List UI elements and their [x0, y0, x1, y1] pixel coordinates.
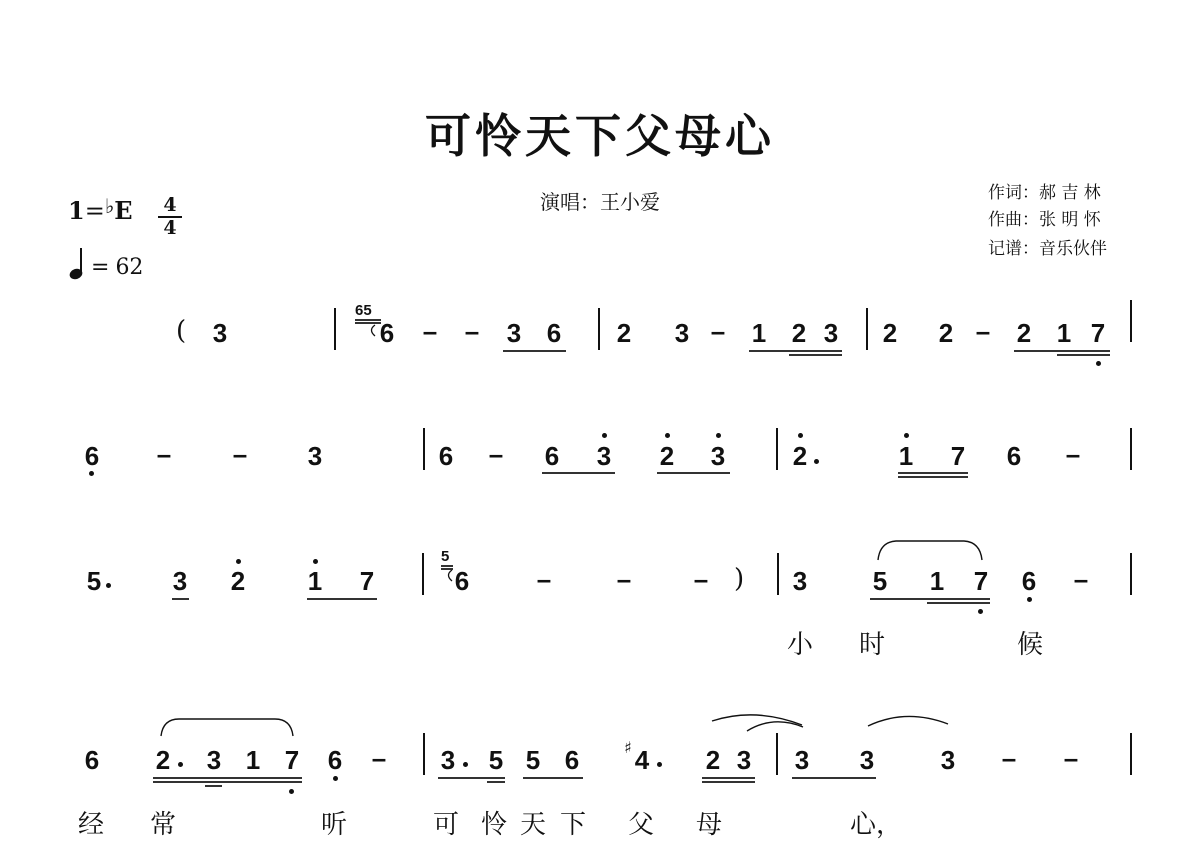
- barline: [598, 308, 600, 350]
- extend-dash: –: [707, 318, 729, 344]
- barline: [1130, 428, 1132, 470]
- barline: [777, 553, 779, 595]
- high-octave-dot: [904, 433, 909, 438]
- eighth-beam: [792, 777, 876, 779]
- eighth-beam: [702, 777, 755, 779]
- tempo-equals: =: [91, 255, 109, 280]
- note: 1: [242, 747, 264, 773]
- note: 1: [748, 320, 770, 346]
- barline: [334, 308, 336, 350]
- note: 1: [926, 568, 948, 594]
- thirtysecond-beam: [205, 785, 222, 787]
- barline: [1130, 300, 1132, 342]
- note: 6: [324, 747, 346, 773]
- note: 2: [879, 320, 901, 346]
- note: 2: [935, 320, 957, 346]
- low-octave-dot: [289, 789, 294, 794]
- lyric: 下: [558, 812, 588, 838]
- extend-dash: –: [613, 566, 635, 592]
- key-letter: E: [114, 196, 132, 225]
- song-title: 可怜天下父母心: [0, 100, 1200, 166]
- sixteenth-beam: [153, 781, 302, 783]
- lyric-comma: ，: [876, 812, 896, 838]
- note: 6: [1018, 568, 1040, 594]
- extend-dash: –: [533, 566, 555, 592]
- lyric: 候: [1015, 632, 1045, 658]
- sixteenth-beam: [487, 781, 505, 783]
- key-equals: =: [85, 197, 105, 225]
- lyric: 常: [148, 812, 178, 838]
- high-octave-dot: [798, 433, 803, 438]
- eighth-beam: [870, 598, 990, 600]
- eighth-beam: [523, 777, 583, 779]
- lyric: 天: [518, 812, 548, 838]
- barline: [776, 733, 778, 775]
- augmentation-dot: [463, 762, 468, 767]
- extend-dash: –: [690, 566, 712, 592]
- lyric: 怜: [479, 812, 509, 838]
- barline: [423, 428, 425, 470]
- note: 2: [613, 320, 635, 346]
- slur-icon: [159, 716, 295, 740]
- quarter-note-icon: [68, 246, 84, 280]
- low-octave-dot: [89, 471, 94, 476]
- sixteenth-beam: [1057, 354, 1110, 356]
- low-octave-dot: [1027, 597, 1032, 602]
- note: 2: [656, 443, 678, 469]
- open-paren: (: [176, 318, 186, 344]
- sixteenth-beam: [898, 476, 968, 478]
- sixteenth-beam: [927, 602, 990, 604]
- note: 6: [1003, 443, 1025, 469]
- extend-dash: –: [368, 745, 390, 771]
- note: 2: [789, 443, 811, 469]
- time-denominator: 4: [158, 219, 182, 238]
- extend-dash: –: [1070, 566, 1092, 592]
- extend-dash: –: [1062, 441, 1084, 467]
- note: 6: [541, 443, 563, 469]
- note: 3: [169, 568, 191, 594]
- note: 6: [376, 320, 398, 346]
- note: 7: [1087, 320, 1109, 346]
- note: 5: [869, 568, 891, 594]
- grace-notes: 65: [355, 303, 372, 318]
- note: 3: [791, 747, 813, 773]
- grace-note: 5: [441, 549, 449, 564]
- note: 3: [593, 443, 615, 469]
- eighth-beam: [542, 472, 615, 474]
- eighth-beam: [172, 598, 189, 600]
- extend-dash: –: [229, 441, 251, 467]
- note: 3: [304, 443, 326, 469]
- tie-icon: [866, 714, 950, 730]
- flat-icon: ♭: [105, 194, 114, 218]
- sixteenth-beam: [702, 781, 755, 783]
- low-octave-dot: [333, 776, 338, 781]
- note: 3: [856, 747, 878, 773]
- sixteenth-beam: [789, 354, 842, 356]
- note: 6: [451, 568, 473, 594]
- high-octave-dot: [716, 433, 721, 438]
- lyricist-credit: 作词：郝 吉 林: [988, 178, 1101, 203]
- note: 6: [435, 443, 457, 469]
- note: 3: [820, 320, 842, 346]
- extend-dash: –: [1060, 745, 1082, 771]
- extend-dash: –: [153, 441, 175, 467]
- extend-dash: –: [419, 318, 441, 344]
- tempo-marking: =62: [68, 246, 143, 280]
- note: 3: [671, 320, 693, 346]
- barline: [422, 553, 424, 595]
- lyric: 小: [785, 632, 815, 658]
- high-octave-dot: [665, 433, 670, 438]
- augmentation-dot: [106, 583, 111, 588]
- note: 7: [970, 568, 992, 594]
- eighth-beam: [1014, 350, 1110, 352]
- tie-icon: [745, 719, 805, 735]
- note: 7: [281, 747, 303, 773]
- note: 4: [631, 747, 653, 773]
- low-octave-dot: [978, 609, 983, 614]
- note: 3: [789, 568, 811, 594]
- note: 2: [152, 747, 174, 773]
- note: 1: [1053, 320, 1075, 346]
- extend-dash: –: [998, 745, 1020, 771]
- key-signature: 1=♭E: [68, 196, 133, 225]
- eighth-beam: [153, 777, 302, 779]
- note: 2: [788, 320, 810, 346]
- tempo-bpm: 62: [115, 255, 143, 280]
- high-octave-dot: [313, 559, 318, 564]
- barline: [1130, 733, 1132, 775]
- lyric: 经: [76, 812, 106, 838]
- close-paren: ): [734, 566, 744, 592]
- eighth-beam: [503, 350, 566, 352]
- note: 5: [83, 568, 105, 594]
- note: 7: [947, 443, 969, 469]
- barline: [866, 308, 868, 350]
- lyric: 可: [431, 812, 461, 838]
- note: 6: [81, 443, 103, 469]
- lyric: 听: [319, 812, 349, 838]
- lyric: 母: [694, 812, 724, 838]
- lyric: 时: [857, 632, 887, 658]
- note: 3: [733, 747, 755, 773]
- note: 5: [522, 747, 544, 773]
- note: 3: [937, 747, 959, 773]
- low-octave-dot: [1096, 361, 1101, 366]
- note: 2: [227, 568, 249, 594]
- lyric: 父: [626, 812, 656, 838]
- note: 2: [702, 747, 724, 773]
- lyric: 心: [848, 812, 878, 838]
- extend-dash: –: [972, 318, 994, 344]
- note: 6: [543, 320, 565, 346]
- augmentation-dot: [178, 762, 183, 767]
- note: 6: [81, 747, 103, 773]
- high-octave-dot: [602, 433, 607, 438]
- high-octave-dot: [236, 559, 241, 564]
- key-tonic: 1: [68, 196, 85, 225]
- eighth-beam: [898, 472, 968, 474]
- extend-dash: –: [461, 318, 483, 344]
- slur-icon: [876, 538, 984, 564]
- eighth-beam: [657, 472, 730, 474]
- augmentation-dot: [657, 762, 662, 767]
- eighth-beam: [307, 598, 377, 600]
- note: 3: [503, 320, 525, 346]
- barline: [423, 733, 425, 775]
- composer-credit: 作曲：张 明 怀: [988, 205, 1101, 230]
- note: 3: [707, 443, 729, 469]
- barline: [776, 428, 778, 470]
- note: 1: [895, 443, 917, 469]
- eighth-beam: [749, 350, 842, 352]
- eighth-beam: [438, 777, 505, 779]
- note: 2: [1013, 320, 1035, 346]
- grace-underline: [441, 565, 453, 567]
- note: 7: [356, 568, 378, 594]
- extend-dash: –: [485, 441, 507, 467]
- time-numerator: 4: [158, 196, 182, 215]
- augmentation-dot: [814, 459, 819, 464]
- transcriber-credit: 记谱：音乐伙伴: [988, 234, 1107, 259]
- time-signature: 4 4: [158, 196, 182, 238]
- note: 6: [561, 747, 583, 773]
- note: 1: [304, 568, 326, 594]
- note: 5: [485, 747, 507, 773]
- note: 3: [209, 320, 231, 346]
- note: 3: [203, 747, 225, 773]
- barline: [1130, 553, 1132, 595]
- note: 3: [437, 747, 459, 773]
